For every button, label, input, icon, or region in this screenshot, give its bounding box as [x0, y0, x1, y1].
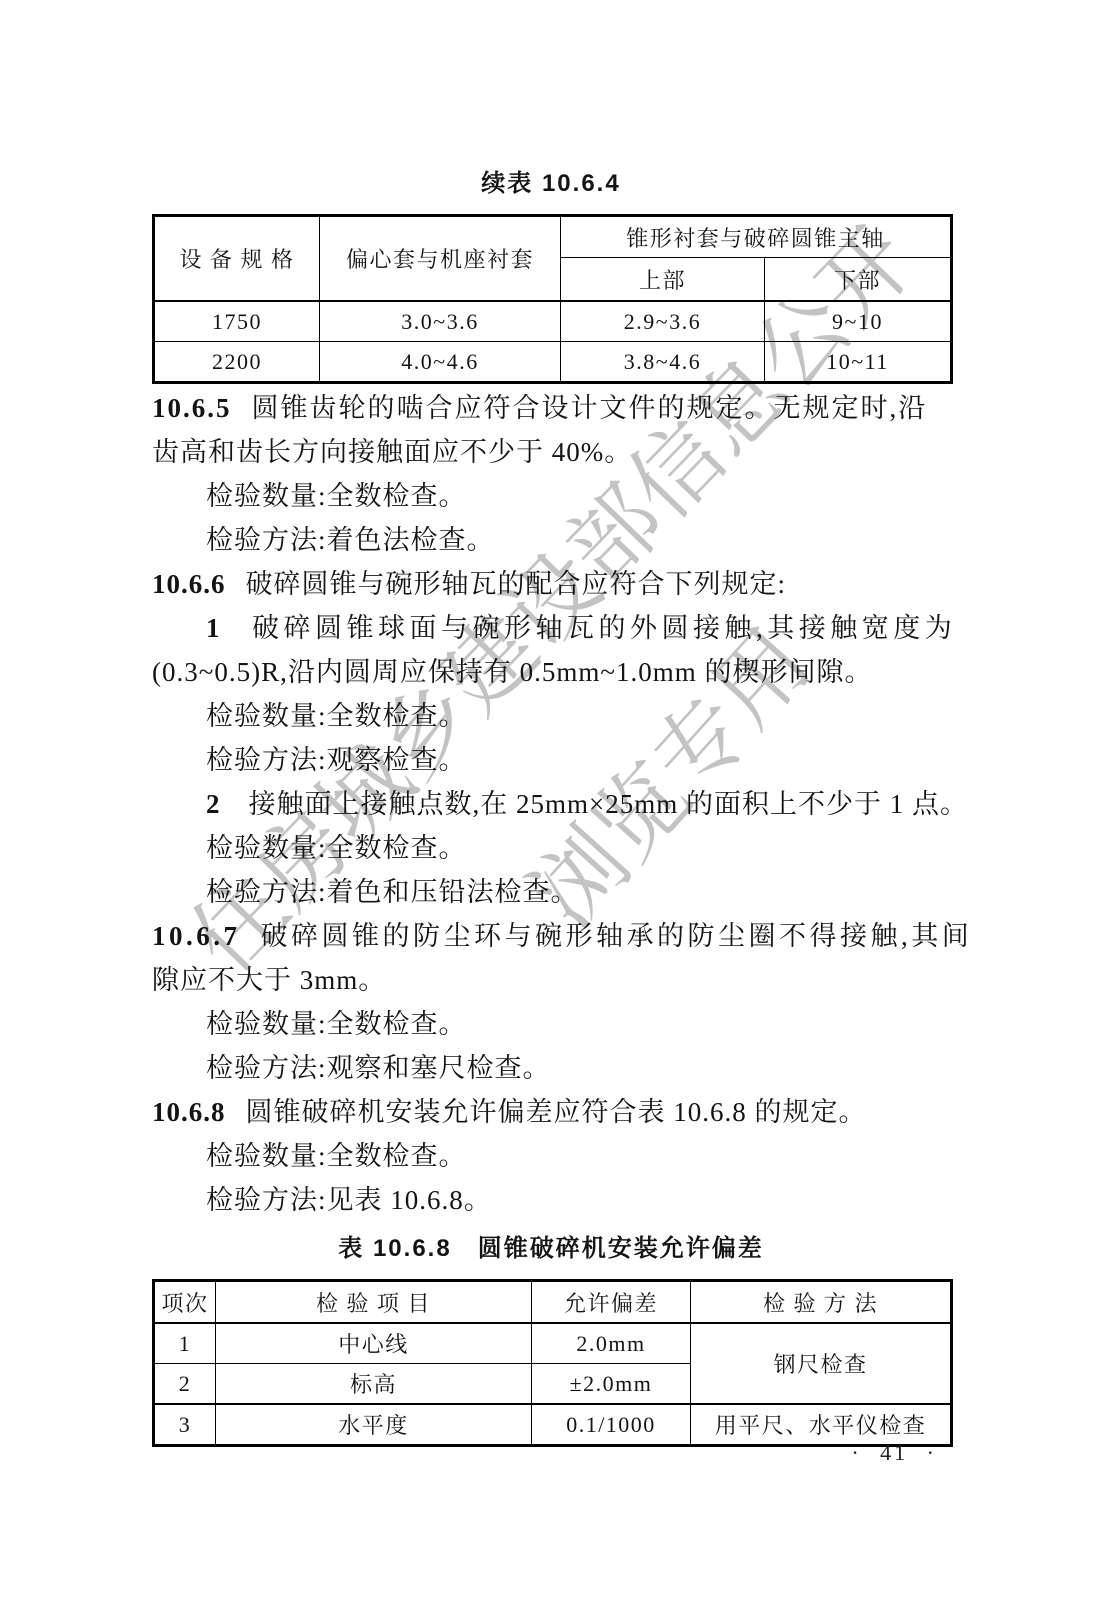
section-heading-line: 10.6.7破碎圆锥的防尘环与碗形轴承的防尘圈不得接触,其间	[152, 914, 950, 958]
section-heading-line: 10.6.5圆锥齿轮的啮合应符合设计文件的规定。无规定时,沿	[152, 386, 950, 430]
body-text: 10.6.5圆锥齿轮的啮合应符合设计文件的规定。无规定时,沿 齿高和齿长方向接触…	[152, 386, 950, 1222]
section-number: 10.6.7	[152, 921, 241, 951]
header-inspection-method: 检 验 方 法	[691, 1281, 952, 1324]
page-content: 续表 10.6.4 设 备 规 格 偏心套与机座衬套 锥形衬套与破碎圆锥主轴 上…	[0, 0, 1102, 1447]
header-lower: 下部	[765, 258, 952, 302]
body-line: 检验方法:着色法检查。	[152, 518, 950, 562]
item-number: 1	[206, 613, 224, 643]
cell-tolerance: ±2.0mm	[532, 1364, 691, 1405]
cell-item: 标高	[216, 1364, 532, 1405]
table-10-6-8: 项次 检 验 项 目 允许偏差 检 验 方 法 1 中心线 2.0mm 钢尺检查…	[152, 1279, 953, 1447]
cell-upper: 2.9~3.6	[561, 301, 765, 342]
body-line: 检验数量:全数检查。	[152, 474, 950, 518]
list-item-line: 2接触面上接触点数,在 25mm×25mm 的面积上不少于 1 点。	[152, 782, 950, 826]
document-page: 住房城乡建设部信息公开 浏览专用 续表 10.6.4 设 备 规 格 偏心套与机…	[0, 0, 1102, 1598]
body-line: (0.3~0.5)R,沿内圆周应保持有 0.5mm~1.0mm 的楔形间隙。	[152, 650, 950, 694]
cell-eccentric: 4.0~4.6	[320, 342, 561, 383]
cell-no: 2	[154, 1364, 216, 1405]
section-heading-line: 10.6.8圆锥破碎机安装允许偏差应符合表 10.6.8 的规定。	[152, 1090, 950, 1134]
table-row: 1750 3.0~3.6 2.9~3.6 9~10	[154, 301, 952, 342]
table-row: 3 水平度 0.1/1000 用平尺、水平仪检查	[154, 1404, 952, 1446]
section-heading-line: 10.6.6破碎圆锥与碗形轴瓦的配合应符合下列规定:	[152, 562, 950, 606]
table-caption-title: 圆锥破碎机安装允许偏差	[478, 1235, 764, 1262]
header-eccentric-sleeve: 偏心套与机座衬套	[320, 216, 561, 302]
body-line: 检验数量:全数检查。	[152, 1134, 950, 1178]
cell-item: 中心线	[216, 1323, 532, 1364]
cell-lower: 10~11	[765, 342, 952, 383]
header-tolerance: 允许偏差	[532, 1281, 691, 1324]
body-line: 齿高和齿长方向接触面应不少于 40%。	[152, 430, 950, 474]
body-line: 检验方法:观察检查。	[152, 738, 950, 782]
section-number: 10.6.5	[152, 393, 232, 423]
section-number: 10.6.6	[152, 569, 226, 599]
body-line: 检验方法:观察和塞尺检查。	[152, 1046, 950, 1090]
header-inspection-item: 检 验 项 目	[216, 1281, 532, 1324]
body-line: 检验方法:着色和压铅法检查。	[152, 870, 950, 914]
cell-lower: 9~10	[765, 301, 952, 342]
cell-tolerance: 0.1/1000	[532, 1404, 691, 1446]
table-row: 1 中心线 2.0mm 钢尺检查	[154, 1323, 952, 1364]
body-line: 检验数量:全数检查。	[152, 1002, 950, 1046]
table-10-6-8-caption: 表 10.6.8圆锥破碎机安装允许偏差	[152, 1234, 950, 1264]
page-number: · 41 ·	[851, 1440, 937, 1466]
cell-tolerance: 2.0mm	[532, 1323, 691, 1364]
table-caption-number: 表 10.6.8	[338, 1235, 451, 1262]
list-item-line: 1破碎圆锥球面与碗形轴瓦的外圆接触,其接触宽度为	[152, 606, 950, 650]
body-line: 检验数量:全数检查。	[152, 826, 950, 870]
header-cone-liner-group: 锥形衬套与破碎圆锥主轴	[561, 216, 952, 258]
cell-spec: 1750	[154, 301, 320, 342]
cell-eccentric: 3.0~3.6	[320, 301, 561, 342]
body-line: 检验方法:见表 10.6.8。	[152, 1178, 950, 1222]
cell-method-merged: 钢尺检查	[691, 1323, 952, 1404]
header-item-no: 项次	[154, 1281, 216, 1324]
header-upper: 上部	[561, 258, 765, 302]
table-10-6-4: 设 备 规 格 偏心套与机座衬套 锥形衬套与破碎圆锥主轴 上部 下部 1750 …	[152, 214, 953, 384]
table-row: 2200 4.0~4.6 3.8~4.6 10~11	[154, 342, 952, 383]
cell-spec: 2200	[154, 342, 320, 383]
cell-no: 1	[154, 1323, 216, 1364]
body-line: 隙应不大于 3mm。	[152, 958, 950, 1002]
table-10-6-4-caption: 续表 10.6.4	[152, 170, 950, 198]
section-number: 10.6.8	[152, 1097, 226, 1127]
table-row: 项次 检 验 项 目 允许偏差 检 验 方 法	[154, 1281, 952, 1324]
cell-upper: 3.8~4.6	[561, 342, 765, 383]
table-row: 设 备 规 格 偏心套与机座衬套 锥形衬套与破碎圆锥主轴	[154, 216, 952, 258]
header-equipment-spec: 设 备 规 格	[154, 216, 320, 302]
item-number: 2	[206, 789, 221, 819]
cell-no: 3	[154, 1404, 216, 1446]
body-line: 检验数量:全数检查。	[152, 694, 950, 738]
cell-item: 水平度	[216, 1404, 532, 1446]
